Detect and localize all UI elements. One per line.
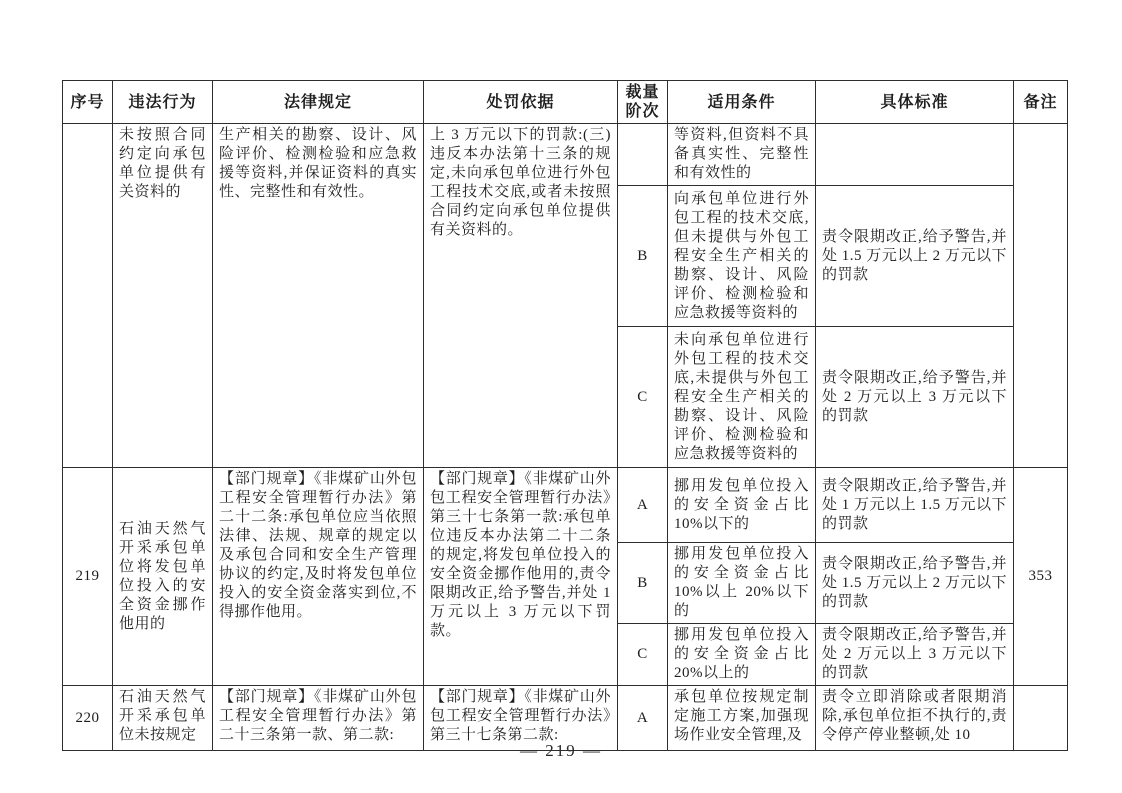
seq-cell: 219 bbox=[63, 468, 113, 686]
violation-cell: 未按照合同约定向承包单位提供有关资料的 bbox=[113, 124, 213, 468]
grade-cell: B bbox=[618, 186, 668, 327]
violation-cell: 石油天然气开采承包单位将发包单位投入的安全资金挪作他用的 bbox=[113, 468, 213, 686]
grade-cell: A bbox=[618, 468, 668, 543]
grade-cell: C bbox=[618, 327, 668, 468]
legal-cell: 【部门规章】《非煤矿山外包工程安全管理暂行办法》第二十二条:承包单位应当依照法律… bbox=[213, 468, 424, 686]
header-remark: 备注 bbox=[1014, 81, 1068, 124]
standard-cell: 责令限期改正,给予警告,并处 2 万元以上 3 万元以下的罚款 bbox=[816, 624, 1014, 686]
table-row: 219 石油天然气开采承包单位将发包单位投入的安全资金挪作他用的 【部门规章】《… bbox=[63, 468, 1068, 543]
standard-cell: 责令限期改正,给予警告,并处 1.5 万元以上 2 万元以下的罚款 bbox=[816, 186, 1014, 327]
remark-cell bbox=[1014, 124, 1068, 468]
condition-cell: 挪用发包单位投入的安全资金占比10%以下的 bbox=[668, 468, 816, 543]
grade-cell: C bbox=[618, 624, 668, 686]
condition-cell: 等资料,但资料不具备真实性、完整性和有效性的 bbox=[668, 124, 816, 186]
header-seq: 序号 bbox=[63, 81, 113, 124]
document-page: 序号 违法行为 法律规定 处罚依据 裁量阶次 适用条件 具体标准 备注 未按照合… bbox=[0, 0, 1122, 793]
condition-cell: 向承包单位进行外包工程的技术交底,但未提供与外包工程安全生产相关的勘察、设计、风… bbox=[668, 186, 816, 327]
header-condition: 适用条件 bbox=[668, 81, 816, 124]
condition-cell: 未向承包单位进行外包工程的技术交底,未提供与外包工程安全生产相关的勘察、设计、风… bbox=[668, 327, 816, 468]
header-violation: 违法行为 bbox=[113, 81, 213, 124]
page-number: — 219 — bbox=[0, 741, 1122, 761]
standard-cell: 责令限期改正,给予警告,并处 1 万元以上 1.5 万元以下的罚款 bbox=[816, 468, 1014, 543]
standard-cell: 责令限期改正,给予警告,并处 1.5 万元以上 2 万元以下的罚款 bbox=[816, 543, 1014, 624]
standard-cell bbox=[816, 124, 1014, 186]
regulation-table: 序号 违法行为 法律规定 处罚依据 裁量阶次 适用条件 具体标准 备注 未按照合… bbox=[62, 80, 1068, 751]
penalty-basis-cell: 上 3 万元以下的罚款:(三)违反本办法第十三条的规定,未向承包单位进行外包工程… bbox=[424, 124, 618, 468]
table-row: 未按照合同约定向承包单位提供有关资料的 生产相关的勘察、设计、风险评价、检测检验… bbox=[63, 124, 1068, 186]
header-legal: 法律规定 bbox=[213, 81, 424, 124]
condition-cell: 挪用发包单位投入的安全资金占比10%以上 20%以下的 bbox=[668, 543, 816, 624]
header-discretion-grade: 裁量阶次 bbox=[618, 81, 668, 124]
header-penalty-basis: 处罚依据 bbox=[424, 81, 618, 124]
remark-cell: 353 bbox=[1014, 468, 1068, 686]
header-standard: 具体标准 bbox=[816, 81, 1014, 124]
seq-cell bbox=[63, 124, 113, 468]
penalty-basis-cell: 【部门规章】《非煤矿山外包工程安全管理暂行办法》第三十七条第一款:承包单位违反本… bbox=[424, 468, 618, 686]
condition-cell: 挪用发包单位投入的安全资金占比20%以上的 bbox=[668, 624, 816, 686]
table-header-row: 序号 违法行为 法律规定 处罚依据 裁量阶次 适用条件 具体标准 备注 bbox=[63, 81, 1068, 124]
legal-cell: 生产相关的勘察、设计、风险评价、检测检验和应急救援等资料,并保证资料的真实性、完… bbox=[213, 124, 424, 468]
grade-cell: B bbox=[618, 543, 668, 624]
grade-cell bbox=[618, 124, 668, 186]
standard-cell: 责令限期改正,给予警告,并处 2 万元以上 3 万元以下的罚款 bbox=[816, 327, 1014, 468]
